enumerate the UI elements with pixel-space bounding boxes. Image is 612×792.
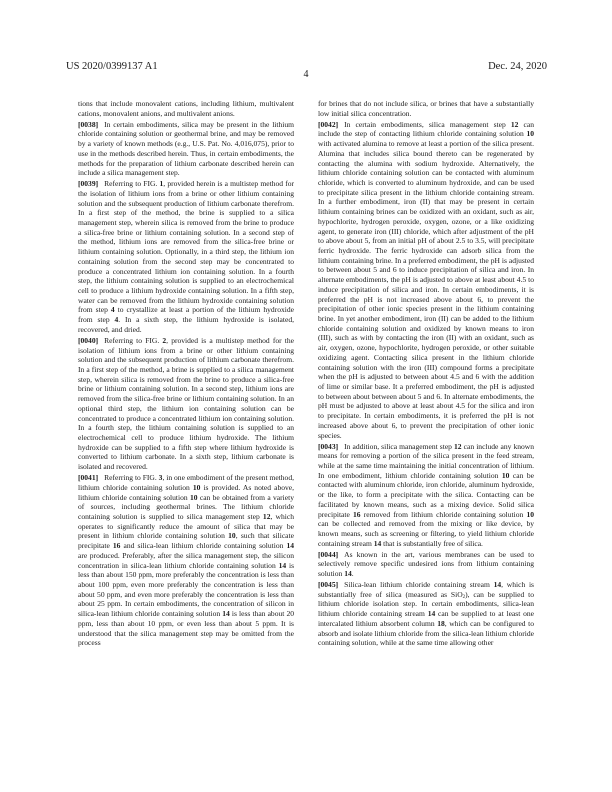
ref-numeral: 16 (353, 510, 361, 519)
paragraph-continuation: tions that include monovalent cations, i… (78, 99, 294, 118)
paragraph-number: [0043] (318, 442, 338, 451)
paragraph-number: [0042] (318, 120, 338, 129)
paragraph-text: . (352, 569, 354, 578)
ref-numeral: 10 (526, 510, 534, 519)
paragraph-text: Referring to FIG. (104, 336, 162, 345)
paragraph-0042: [0042]In certain embodiments, silica man… (318, 120, 534, 441)
paragraph-text: tions that include monovalent cations, i… (78, 99, 294, 118)
publication-date: Dec. 24, 2020 (488, 61, 547, 72)
paragraph-text: removed from lithium chloride containing… (361, 510, 527, 519)
ref-numeral: 10 (526, 129, 534, 138)
paragraph-0038: [0038]In certain embodiments, silica may… (78, 120, 294, 178)
ref-numeral: 18 (437, 619, 445, 628)
ref-numeral: 14 (222, 609, 230, 618)
paragraph-text: , provided is a multistep method for the… (78, 336, 294, 471)
paragraph-0043: [0043]In addition, silica management ste… (318, 442, 534, 549)
paragraph-text: In certain embodiments, silica managemen… (344, 120, 511, 129)
ref-numeral: 14 (286, 541, 294, 550)
paragraph-number: [0044] (318, 550, 338, 559)
paragraph-0039: [0039]Referring to FIG. 1, provided here… (78, 179, 294, 335)
paragraph-number: [0038] (78, 120, 98, 129)
paragraph-0044: [0044]As known in the art, various membr… (318, 550, 534, 579)
ref-numeral: 14 (344, 569, 352, 578)
paragraph-text: with activated alumina to remove at leas… (318, 139, 534, 440)
paragraph-number: [0045] (318, 580, 338, 589)
left-column: tions that include monovalent cations, i… (78, 99, 294, 649)
ref-numeral: 10 (190, 493, 198, 502)
paragraph-text: are produced. Preferably, after the sili… (78, 551, 294, 570)
paragraph-number: [0039] (78, 179, 98, 188)
paragraph-text: In certain embodiments, silica may be pr… (78, 120, 294, 178)
paragraph-text: that is substantially free of silica. (381, 539, 483, 548)
paragraph-text: , provided herein is a multistep method … (78, 179, 294, 314)
right-column: for brines that do not include silica, o… (318, 99, 534, 649)
paragraph-number: [0040] (78, 336, 98, 345)
paragraph-text: Referring to FIG. (104, 473, 159, 482)
paragraph-text: In addition, silica management step (344, 442, 454, 451)
paragraph-0041: [0041]Referring to FIG. 3, in one embodi… (78, 473, 294, 648)
ref-numeral: 14 (279, 561, 287, 570)
paragraph-text: for brines that do not include silica, o… (318, 99, 534, 118)
paragraph-0040: [0040]Referring to FIG. 2, provided is a… (78, 336, 294, 472)
paragraph-text: Silica-lean lithium chloride containing … (344, 580, 493, 589)
paragraph-number: [0041] (78, 473, 98, 482)
paragraph-continuation: for brines that do not include silica, o… (318, 99, 534, 118)
paragraph-text: and silica-lean lithium chloride contain… (120, 541, 286, 550)
paragraph-text: Referring to FIG. (104, 179, 159, 188)
paragraph-0045: [0045]Silica-lean lithium chloride conta… (318, 580, 534, 648)
ref-numeral: 10 (228, 531, 236, 540)
ref-numeral: 12 (454, 442, 462, 451)
